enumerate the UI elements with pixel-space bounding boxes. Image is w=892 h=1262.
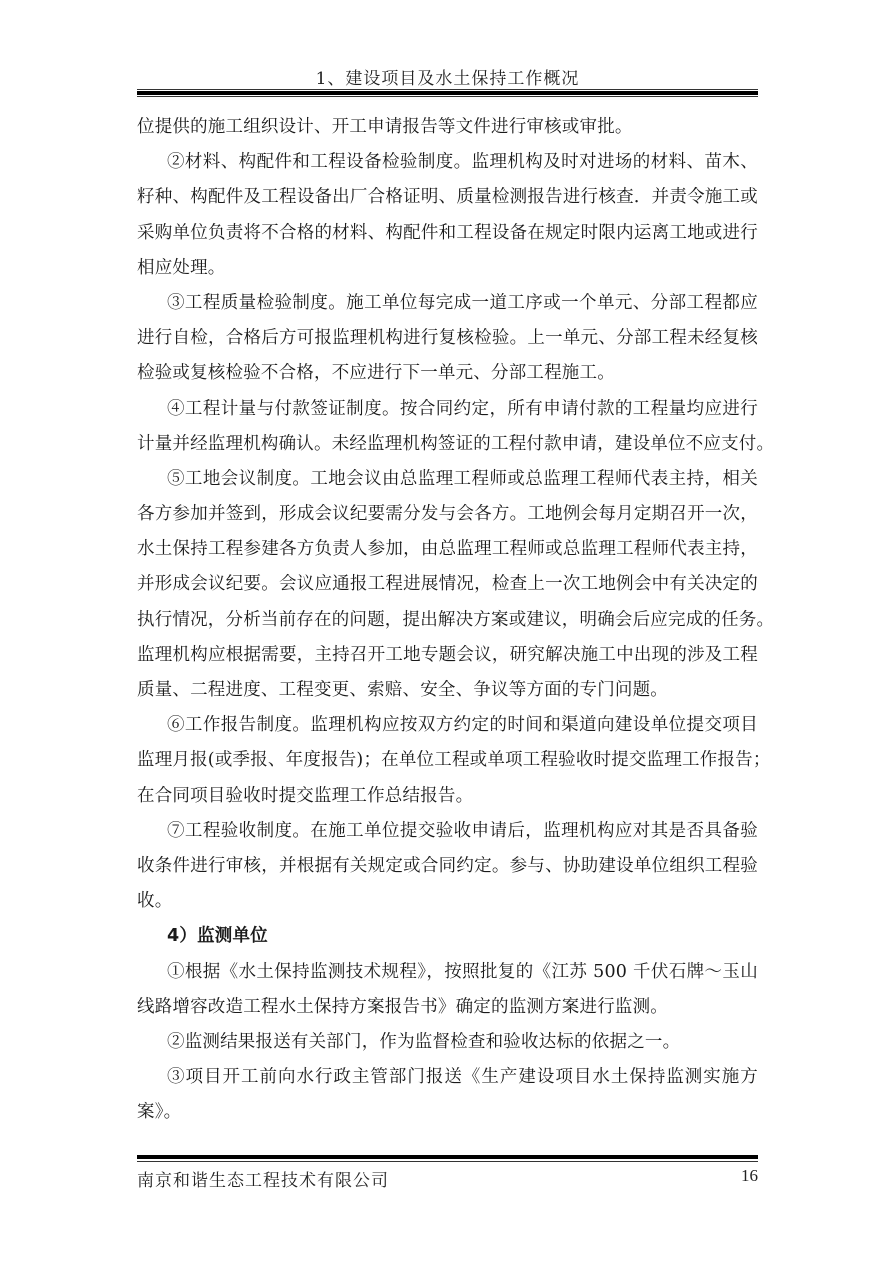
- text-line: 执行情况，分析当前存在的问题，提出解决方案或建议，明确会后应完成的任务。: [137, 605, 758, 640]
- text-line: 监理月报(或季报、年度报告)；在单位工程或单项工程验收时提交监理工作报告；: [137, 745, 758, 780]
- document-page: 1、建设项目及水土保持工作概况 位提供的施工组织设计、开工申请报告等文件进行审核…: [0, 0, 892, 1262]
- text-line: 籽种、构配件及工程设备出厂合格证明、质量检测报告进行核查．并责令施工或: [137, 182, 758, 217]
- text-line: 线路增容改造工程水土保持方案报告书》确定的监测方案进行监测。: [137, 992, 758, 1027]
- footer-rule: [137, 1155, 758, 1163]
- text-line: ③项目开工前向水行政主管部门报送《生产建设项目水土保持监测实施方: [137, 1062, 758, 1097]
- header-rule-thick: [137, 91, 758, 95]
- text-line: ⑥工作报告制度。监理机构应按双方约定的时间和渠道向建设单位提交项目: [137, 710, 758, 745]
- text-line: 位提供的施工组织设计、开工申请报告等文件进行审核或审批。: [137, 112, 758, 147]
- text-line: 各方参加并签到，形成会议纪要需分发与会各方。工地例会每月定期召开一次，: [137, 499, 758, 534]
- page-number: 16: [741, 1166, 758, 1186]
- header-rule: [137, 89, 758, 97]
- header-rule-thin-top: [137, 89, 758, 90]
- section-heading: 4）监测单位: [137, 921, 758, 956]
- text-line: 相应处理。: [137, 253, 758, 288]
- text-line: 采购单位负责将不合格的材料、构配件和工程设备在规定时限内运离工地或进行: [137, 218, 758, 253]
- text-line: ③工程质量检验制度。施工单位每完成一道工序或一个单元、分部工程都应: [137, 288, 758, 323]
- text-line: 案》。: [137, 1097, 758, 1132]
- footer-rule-thick: [137, 1155, 758, 1159]
- footer-company-name: 南京和谐生态工程技术有限公司: [137, 1166, 389, 1191]
- text-line: 水土保持工程参建各方负责人参加，由总监理工程师或总监理工程师代表主持，: [137, 534, 758, 569]
- footer-rule-thin: [137, 1161, 758, 1162]
- text-line: ①根据《水土保持监测技术规程》，按照批复的《江苏 500 千伏石牌～玉山: [137, 957, 758, 992]
- running-header-title: 1、建设项目及水土保持工作概况: [137, 64, 758, 89]
- text-line: ②材料、构配件和工程设备检验制度。监理机构及时对进场的材料、苗木、: [137, 147, 758, 182]
- text-line: ⑤工地会议制度。工地会议由总监理工程师或总监理工程师代表主持，相关: [137, 464, 758, 499]
- text-line: 监理机构应根据需要，主持召开工地专题会议，研究解决施工中出现的涉及工程: [137, 640, 758, 675]
- text-line: 进行自检，合格后方可报监理机构进行复核检验。上一单元、分部工程未经复核: [137, 323, 758, 358]
- text-line: 收条件进行审核，并根据有关规定或合同约定。参与、协助建设单位组织工程验: [137, 851, 758, 886]
- header-rule-thin-bottom: [137, 96, 758, 97]
- text-line: ②监测结果报送有关部门，作为监督检查和验收达标的依据之一。: [137, 1027, 758, 1062]
- text-line: 计量并经监理机构确认。未经监理机构签证的工程付款申请，建设单位不应支付。: [137, 429, 758, 464]
- text-line: 并形成会议纪要。会议应通报工程进展情况，检查上一次工地例会中有关决定的: [137, 569, 758, 604]
- text-line: 收。: [137, 886, 758, 921]
- body-text: 位提供的施工组织设计、开工申请报告等文件进行审核或审批。②材料、构配件和工程设备…: [137, 112, 758, 1132]
- text-line: 质量、二程进度、工程变更、索赔、安全、争议等方面的专门问题。: [137, 675, 758, 710]
- text-line: 检验或复核检验不合格，不应进行下一单元、分部工程施工。: [137, 358, 758, 393]
- text-line: ④工程计量与付款签证制度。按合同约定，所有申请付款的工程量均应进行: [137, 394, 758, 429]
- text-line: ⑦工程验收制度。在施工单位提交验收申请后，监理机构应对其是否具备验: [137, 816, 758, 851]
- text-line: 在合同项目验收时提交监理工作总结报告。: [137, 781, 758, 816]
